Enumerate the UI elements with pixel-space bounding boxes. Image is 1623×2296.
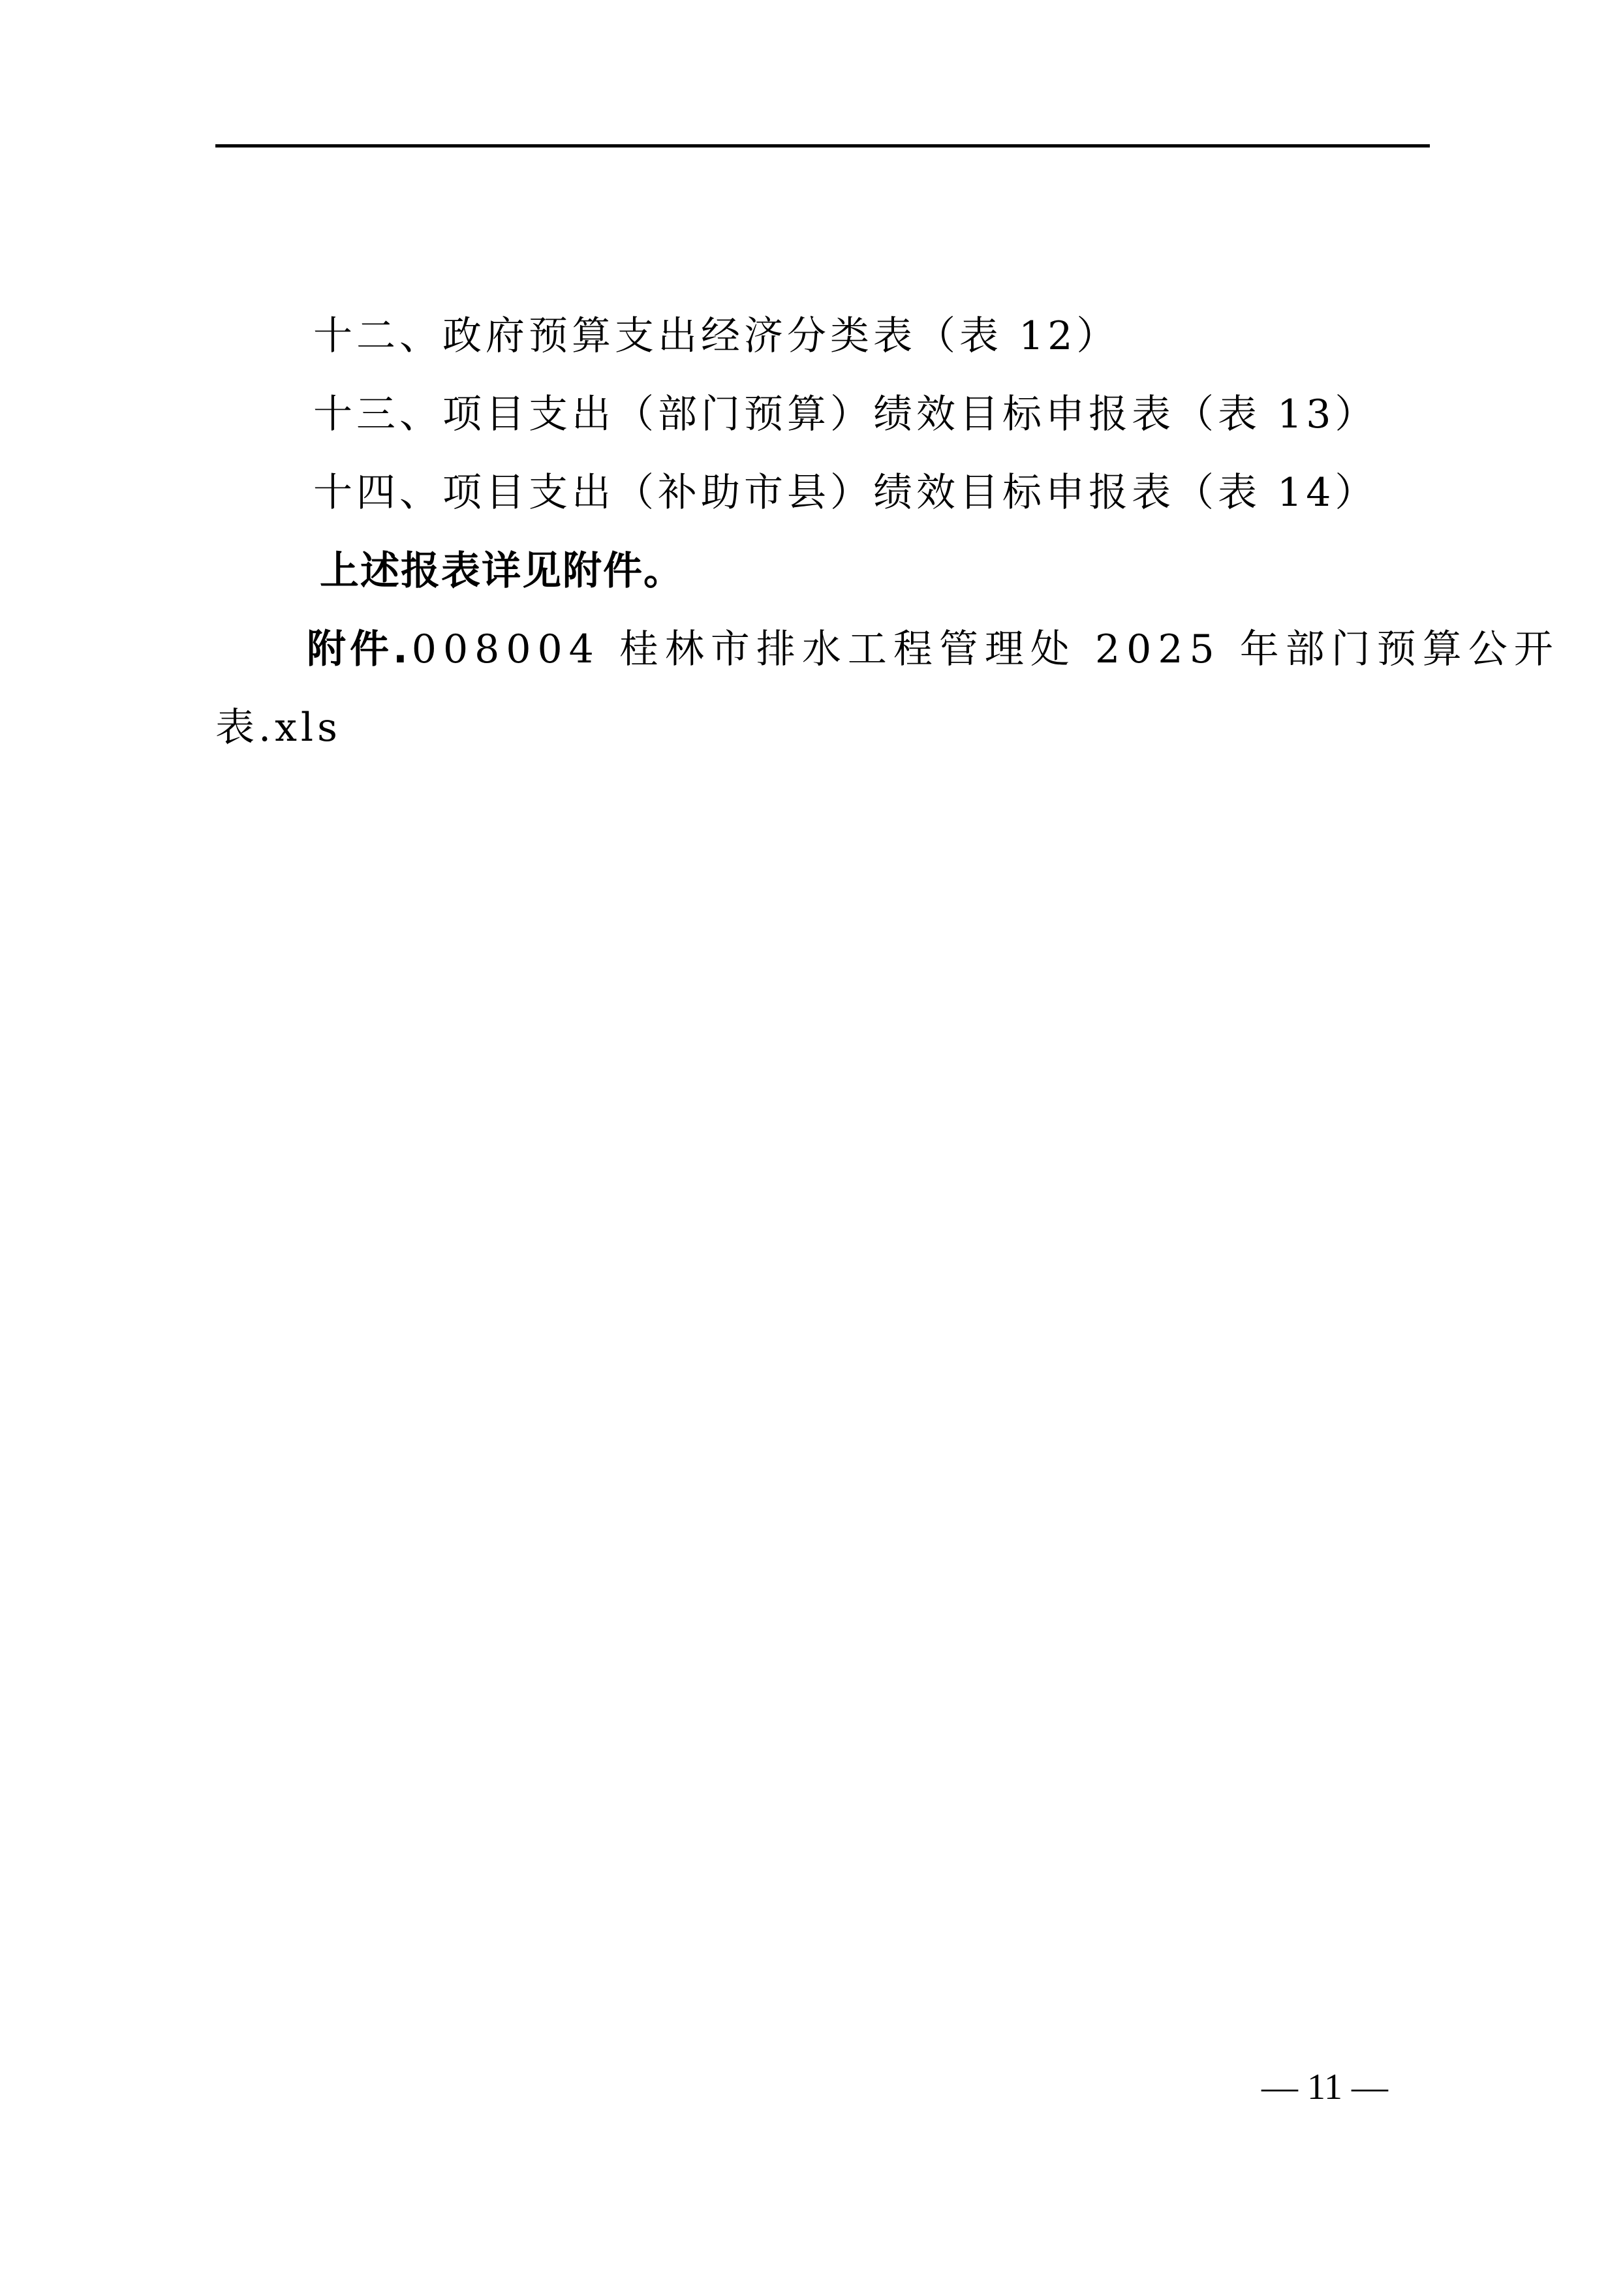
attachment-file-link[interactable]: 008004 桂林市排水工程管理处 2025 年部门预算公开 [412,627,1560,672]
list-item-table-13: 十三、项目支出（部门预算）绩效目标申报表（表 13） [215,375,1430,454]
header-rule [215,144,1430,147]
attachment-line: 附件.008004 桂林市排水工程管理处 2025 年部门预算公开 [215,610,1430,689]
list-item-table-14: 十四、项目支出（补助市县）绩效目标申报表（表 14） [215,454,1430,532]
list-item-table-12: 十二、政府预算支出经济分类表（表 12） [215,297,1430,375]
attachment-note: 上述报表详见附件。 [215,532,1430,610]
page-number: — 11 — [1250,2061,1400,2113]
document-body: 十二、政府预算支出经济分类表（表 12） 十三、项目支出（部门预算）绩效目标申报… [215,297,1430,767]
attachment-file-link-continued[interactable]: 表.xls [215,689,1430,767]
attachment-label: 附件. [307,627,412,672]
